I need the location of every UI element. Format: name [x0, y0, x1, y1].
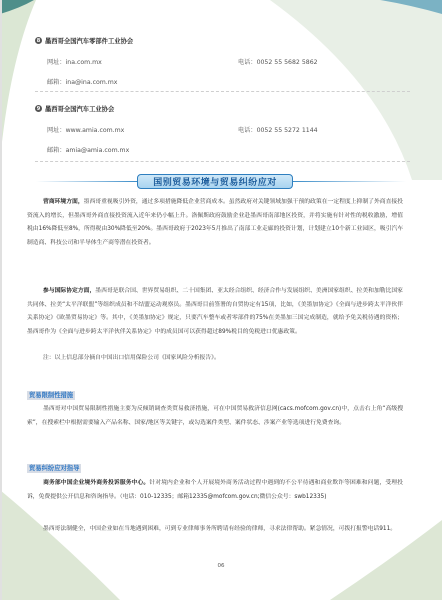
page-number: 06 [0, 563, 442, 569]
paragraph-trade-restriction: 墨西哥对中国贸易限制性措施主要为反倾销调查类贸易救济措施，可在中国贸易救济信息网… [27, 403, 403, 430]
org-phone: 电话：0052 55 5682 5862 [238, 57, 318, 66]
org-name: 墨西哥全国汽车工业协会 [45, 104, 114, 113]
org-email: 邮箱：ina@ina.com.mx [47, 77, 117, 86]
paragraph-note: 注：以上信息部分摘自中国出口信用保险公司《国家风险分析报告》。 [27, 352, 403, 366]
subhead-dispute-guidance: 贸易纠纷应对指导 [27, 464, 81, 473]
section-title: 国别贸易环境与贸易纠纷应对 [137, 174, 293, 189]
number-badge: 8 [35, 37, 42, 44]
paragraph-legal: 墨西哥法制健全，中国企业如在当地遇到困难，可到专业律师事务所聘请有经验的律师，寻… [27, 523, 403, 537]
divider [35, 91, 410, 92]
org-website: 网址：www.amia.com.mx [47, 125, 124, 134]
banner-line-left [36, 181, 138, 182]
subhead-trade-restriction: 贸易限制性措施 [27, 391, 75, 400]
paragraph-business-environment: 营商环境方面，墨西哥重视吸引外资，通过多项措施降低企业营商成本。虽然政府对关键领… [27, 196, 403, 250]
banner-line-right [293, 181, 406, 182]
org-entry: 8 墨西哥全国汽车零部件工业协会 [35, 36, 133, 45]
org-entry: 9 墨西哥全国汽车工业协会 [35, 104, 114, 113]
number-badge: 9 [35, 105, 42, 112]
org-website: 网址：ina.com.mx [47, 57, 102, 66]
paragraph-international-agreements: 参与国际协定方面，墨西哥是联合国、世界贸易组织、二十国集团、亚太经合组织、经济合… [27, 285, 403, 339]
divider [35, 161, 410, 162]
website-link[interactable]: www.amia.com.mx [66, 127, 125, 134]
website-link[interactable]: ina.com.mx [66, 59, 102, 66]
org-name: 墨西哥全国汽车零部件工业协会 [45, 36, 133, 45]
org-email: 邮箱：amia@amia.com.mx [47, 145, 129, 154]
section-banner: 国别贸易环境与贸易纠纷应对 [36, 173, 406, 190]
paragraph-dispute-center: 商务部中国企业境外商务投诉服务中心。针对境内企业和个人开展境外商务活动过程中遇到… [27, 477, 403, 504]
org-phone: 电话：0052 55 5272 1144 [238, 125, 318, 134]
email-link[interactable]: ina@ina.com.mx [66, 79, 118, 86]
email-link[interactable]: amia@amia.com.mx [66, 147, 130, 154]
